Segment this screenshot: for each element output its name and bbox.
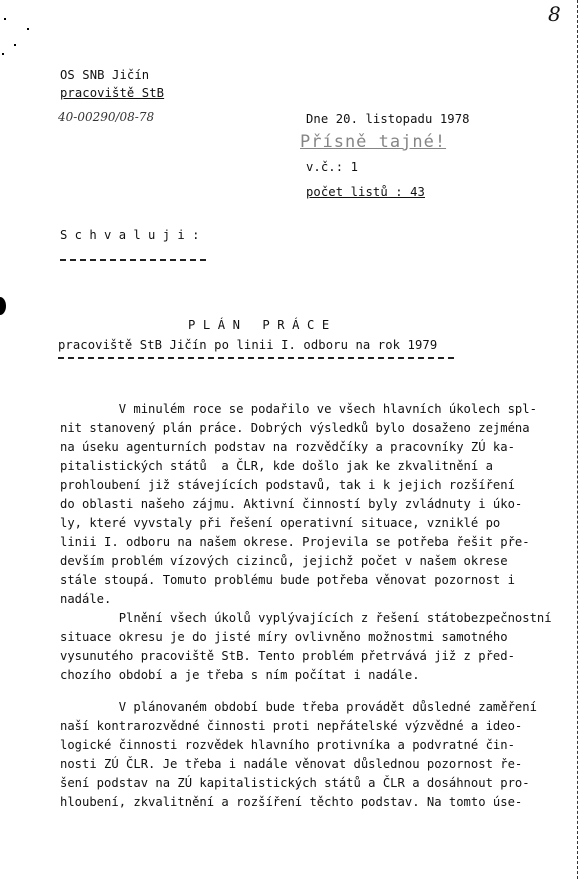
scan-speck — [27, 28, 29, 30]
sheet-count: počet listů : 43 — [306, 185, 425, 199]
text-line: prohloubení již stávejících podstavů, ta… — [60, 478, 515, 492]
text-line: V minulém roce se podařilo ve všech hlav… — [60, 402, 537, 416]
text-line: vysunutého pracoviště StB. Tento problém… — [60, 649, 515, 663]
scan-speck — [4, 18, 6, 20]
text-line: nadále. — [60, 592, 111, 606]
approval-label: S c h v a l u j i : — [60, 228, 199, 242]
text-line: šení podstav na ZÚ kapitalistických stát… — [60, 776, 530, 790]
page-edge — [577, 0, 578, 879]
document-date: Dne 20. listopadu 1978 — [306, 112, 470, 126]
org-line-2: pracoviště StB — [60, 86, 164, 100]
signature-line — [60, 259, 206, 261]
text-line: do oblasti našeho zájmu. Aktivní činnost… — [60, 497, 522, 511]
text-line: naší kontrarozvědné činnosti proti nepřá… — [60, 719, 522, 733]
text-line: stále stoupá. Tomuto problému bude potře… — [60, 573, 515, 587]
reference-number: 40-00290/08-78 — [58, 110, 154, 124]
text-line: devším problém vízových cizinců, jejichž… — [60, 554, 508, 568]
text-line: hloubení, zkvalitnění a rozšíření těchto… — [60, 795, 522, 809]
punch-hole — [0, 297, 6, 315]
text-line: logické činnosti rozvědek hlavního proti… — [60, 738, 515, 752]
text-line: na úseku agenturních podstav na rozvědčí… — [60, 440, 515, 454]
text-line: ly, které vyvstaly při řešení operativní… — [60, 516, 500, 530]
subtitle-underline — [58, 357, 454, 359]
text-line: linii I. odboru na našem okrese. Projevi… — [60, 535, 530, 549]
text-line: pitalistických států a ČLR, kde došlo ja… — [60, 459, 493, 473]
org-line-1: OS SNB Jičín — [60, 68, 149, 82]
classification-stamp: Přísně tajné! — [300, 132, 446, 152]
text-line: situace okresu je do jisté míry ovlivněn… — [60, 630, 508, 644]
text-line: nosti ZÚ ČLR. Je třeba i nadále věnovat … — [60, 757, 522, 771]
document-subtitle: pracoviště StB Jičín po linii I. odboru … — [58, 338, 437, 352]
document-title: P L Á N P R Á C E — [188, 318, 329, 332]
scan-speck — [2, 53, 4, 55]
text-line: Plnění všech úkolů vyplývajících z řešen… — [60, 611, 552, 625]
text-line: V plánovaném období bude třeba provádět … — [60, 700, 537, 714]
scan-speck — [14, 44, 16, 46]
text-line: nit stanovený plán práce. Dobrých výsled… — [60, 421, 530, 435]
text-line: chozího období a je třeba s ním počítat … — [60, 668, 420, 682]
page-number: 8 — [548, 2, 561, 26]
copy-number: v.č.: 1 — [306, 160, 358, 174]
